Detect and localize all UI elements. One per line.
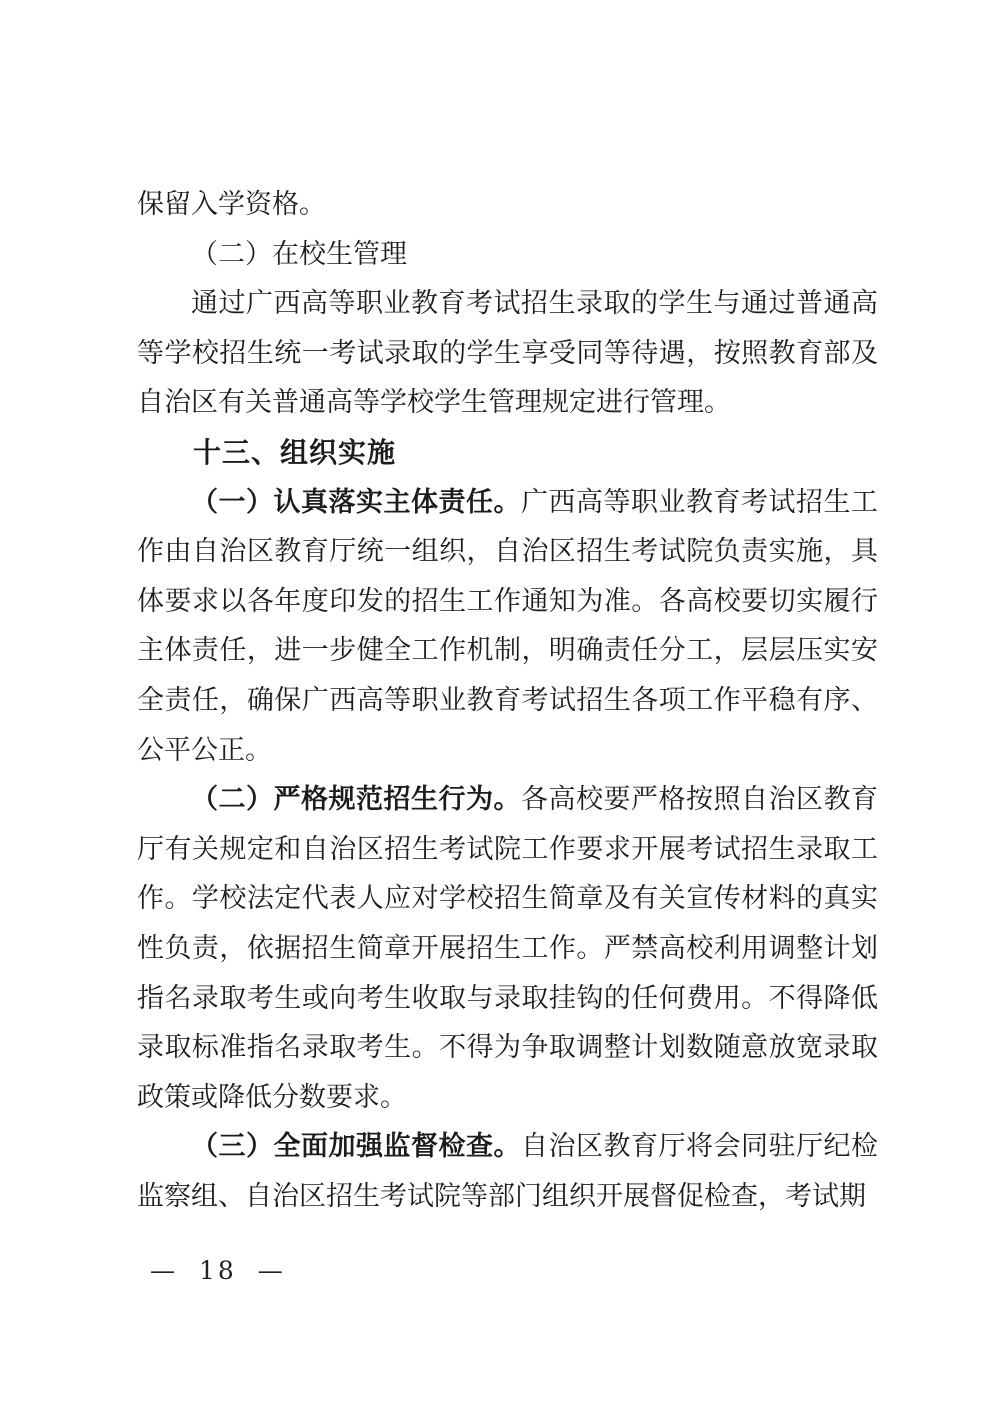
paragraph-lead: （二）严格规范招生行为。: [191, 784, 521, 815]
section-subheading: （二）在校生管理: [137, 230, 878, 280]
paragraph-text: 广西高等职业教育考试招生工作由自治区教育厅统一组织，自治区招生考试院负责实施，具…: [137, 487, 878, 766]
paragraph-lead: （一）认真落实主体责任。: [191, 487, 521, 518]
paragraph-continuation: 保留入学资格。: [137, 180, 878, 230]
section-heading: 十三、组织实施: [137, 428, 878, 478]
paragraph-text: 各高校要严格按照自治区教育厅有关规定和自治区招生考试院工作要求开展考试招生录取工…: [137, 784, 878, 1113]
paragraph-lead: （三）全面加强监督检查。: [191, 1131, 521, 1162]
page-number: — 18 —: [150, 1256, 286, 1285]
paragraph: 通过广西高等职业教育考试招生录取的学生与通过普通高等学校招生统一考试录取的学生享…: [137, 279, 878, 428]
paragraph: （三）全面加强监督检查。自治区教育厅将会同驻厅纪检监察组、自治区招生考试院等部门…: [137, 1122, 878, 1221]
document-body: 保留入学资格。 （二）在校生管理 通过广西高等职业教育考试招生录取的学生与通过普…: [137, 0, 878, 1221]
paragraph: （二）严格规范招生行为。各高校要严格按照自治区教育厅有关规定和自治区招生考试院工…: [137, 775, 878, 1122]
paragraph: （一）认真落实主体责任。广西高等职业教育考试招生工作由自治区教育厅统一组织，自治…: [137, 478, 878, 776]
document-page: 保留入学资格。 （二）在校生管理 通过广西高等职业教育考试招生录取的学生与通过普…: [0, 0, 1000, 1421]
